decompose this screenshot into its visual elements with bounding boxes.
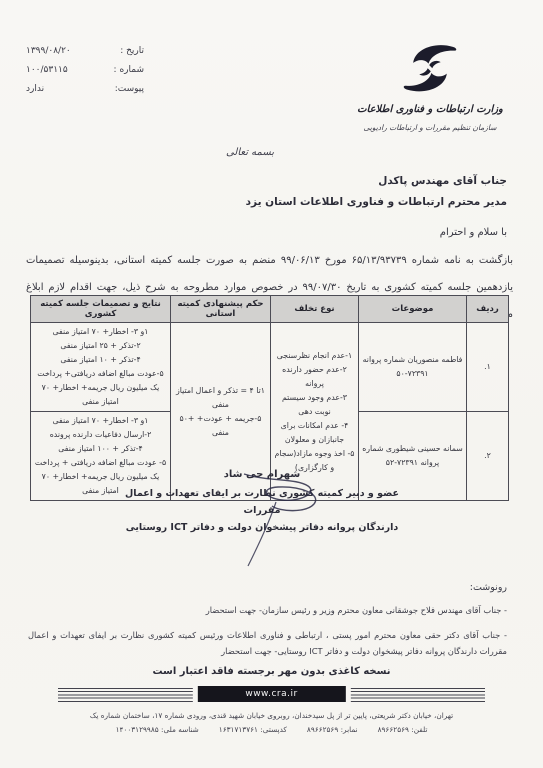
recipient-name: جناب آقای مهندس پاکدل <box>246 171 507 192</box>
national-id-pair: شناسه ملی: ۱۴۰۰۳۱۲۹۹۸۵ <box>116 725 199 734</box>
national-id-value: ۱۴۰۰۳۱۲۹۹۸۵ <box>116 725 159 734</box>
besmele-text: بسمه تعالی <box>0 147 500 158</box>
number-value: ۱۰۰/۵۳۱۱۵ <box>26 65 68 75</box>
header-provincial-verdict: حکم پیشنهادی کمیته استانی <box>171 296 271 323</box>
phone-value: ۸۹۶۶۲۵۶۹ <box>378 725 409 734</box>
date-label: تاریخ : <box>120 46 144 56</box>
meta-number-row: شماره : ۱۰۰/۵۳۱۱۵ <box>26 65 144 75</box>
fax-value: ۸۹۶۶۲۵۶۹ <box>307 725 338 734</box>
recipient-title: مدیر محترم ارتباطات و فناوری اطلاعات است… <box>246 192 507 213</box>
cc-section: رونوشت: - جناب آقای مهندس فلاح جوشقانی م… <box>28 582 507 668</box>
row1-subject: فاطمه منصوریان شماره پروانه ۷۲۳۹۱-۵۰ <box>359 323 467 412</box>
table-row: ۱. فاطمه منصوریان شماره پروانه ۷۲۳۹۱-۵۰ … <box>31 323 509 412</box>
cc-item: - جناب آقای دکتر حقی معاون محترم امور پس… <box>28 627 507 659</box>
validity-note: نسخه کاغذی بدون مهر برجسته فاقد اعتبار ا… <box>0 666 543 677</box>
website-label: www.cra.ir <box>197 686 345 702</box>
organization-name: سازمان تنظیم مقررات و ارتباطات رادیویی <box>355 123 505 132</box>
letter-meta-block: تاریخ : ۱۳۹۹/۰۸/۲۰ شماره : ۱۰۰/۵۳۱۱۵ پیو… <box>26 46 144 103</box>
cra-waves-logo-icon <box>391 40 469 98</box>
footer-rule-band: www.cra.ir <box>58 688 485 704</box>
row2-number: ۲. <box>467 412 509 501</box>
header-row-number: ردیف <box>467 296 509 323</box>
phone-pair: تلفن: ۸۹۶۶۲۵۶۹ <box>378 725 428 734</box>
header-subjects: موضوعات <box>359 296 467 323</box>
cc-label: رونوشت: <box>28 582 507 593</box>
row1-number: ۱. <box>467 323 509 412</box>
attachment-label: پیوست: <box>115 84 144 94</box>
table-header-row: ردیف موضوعات نوع تخلف حکم پیشنهادی کمیته… <box>31 296 509 323</box>
ministry-name: وزارت ارتباطات و فناوری اطلاعات <box>355 104 505 115</box>
postal-label: کدپستی: <box>260 725 287 734</box>
phone-label: تلفن: <box>411 725 427 734</box>
fax-pair: نمابر: ۸۹۶۶۲۵۶۹ <box>307 725 358 734</box>
signature-block: شهرام حی شاد عضو و دبیر کمیته کشوری نظار… <box>112 466 412 536</box>
number-label: شماره : <box>114 65 144 75</box>
signer-title-line2: دارندگان پروانه دفاتر پیشخوان دولت و دفا… <box>112 519 412 536</box>
cc-item: - جناب آقای مهندس فلاح جوشقانی معاون محت… <box>28 602 507 618</box>
header-violation-type: نوع تخلف <box>271 296 359 323</box>
date-value: ۱۳۹۹/۰۸/۲۰ <box>26 46 71 56</box>
header-national-results: نتایج و تصمیمات جلسه کمیته کشوری <box>31 296 171 323</box>
salutation-text: با سلام و احترام <box>440 227 507 238</box>
footer-address: تهران، خیابان دکتر شریعتی، پایین تر از پ… <box>0 711 543 720</box>
attachment-value: ندارد <box>26 84 44 94</box>
signer-title-line1: عضو و دبیر کمیته کشوری نظارت بر ایفای تع… <box>112 485 412 519</box>
national-id-label: شناسه ملی: <box>161 725 199 734</box>
scanned-letter-page: تاریخ : ۱۳۹۹/۰۸/۲۰ شماره : ۱۰۰/۵۳۱۱۵ پیو… <box>0 0 543 768</box>
meta-attachment-row: پیوست: ندارد <box>26 84 144 94</box>
meta-date-row: تاریخ : ۱۳۹۹/۰۸/۲۰ <box>26 46 144 56</box>
letterhead-logo-block: وزارت ارتباطات و فناوری اطلاعات سازمان ت… <box>355 40 505 132</box>
row1-results: ۱و ۳- اخطار+ ۷۰ امتیاز منفی ۲-تذکر + ۲۵ … <box>31 323 171 412</box>
signer-name: شهرام حی شاد <box>112 466 412 483</box>
recipient-block: جناب آقای مهندس پاکدل مدیر محترم ارتباطا… <box>246 171 507 213</box>
postal-value: ۱۶۳۱۷۱۳۷۶۱ <box>219 725 258 734</box>
fax-label: نمابر: <box>341 725 358 734</box>
footer-contact-line: تلفن: ۸۹۶۶۲۵۶۹ نمابر: ۸۹۶۶۲۵۶۹ کدپستی: ۱… <box>0 725 543 734</box>
postal-pair: کدپستی: ۱۶۳۱۷۱۳۷۶۱ <box>219 725 287 734</box>
